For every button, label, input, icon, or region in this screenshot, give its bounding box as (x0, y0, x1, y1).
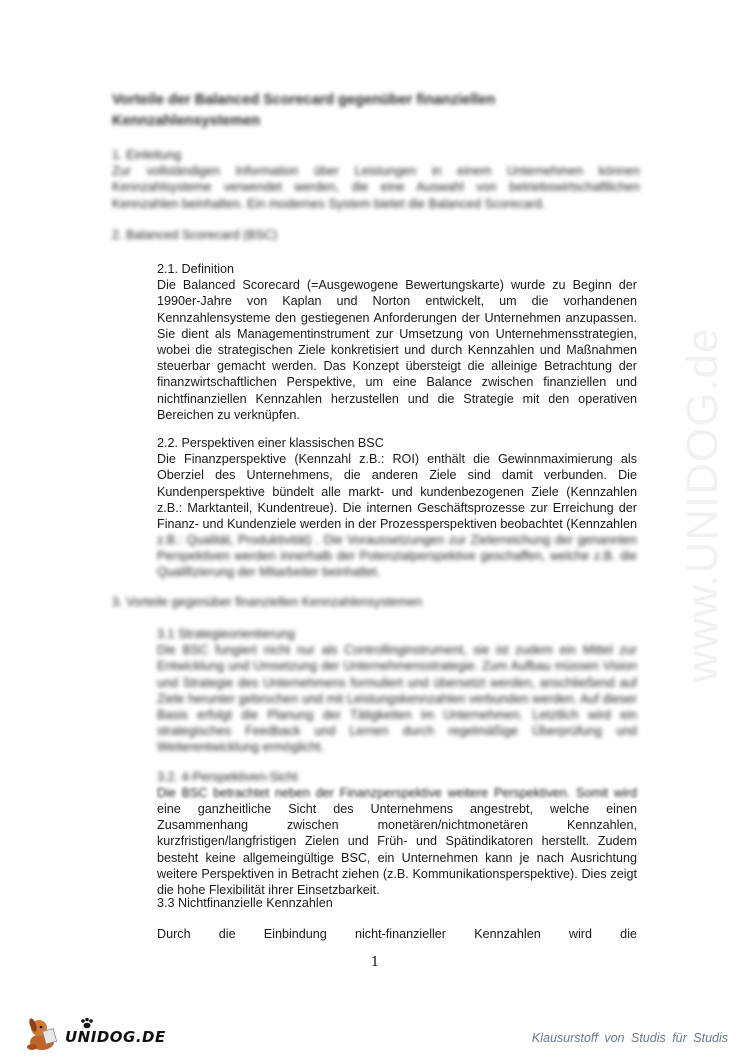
section3-heading: 3. Vorteile gegenüber finanziellen Kennz… (112, 594, 612, 610)
nonfinancial-heading: 3.3 Nichtfinanzielle Kennzahlen (157, 895, 637, 911)
strategy-body: Die BSC fungiert nicht nur als Controlli… (157, 642, 637, 755)
watermark: www.UNIDOG.de (678, 327, 728, 682)
intro-body: Zur vollständigen Information über Leist… (112, 163, 640, 212)
footer-slogan: Klausurstoff von Studis für Studis (532, 1031, 728, 1045)
definition-heading: 2.1. Definition (157, 261, 637, 277)
strategy-heading: 3.1 Strategieorientierung (157, 626, 637, 642)
dog-mascot-icon (24, 1016, 64, 1052)
nonfinancial-body: Durch die Einbindung nicht-finanzieller … (157, 926, 637, 942)
section2-heading: 2. Balanced Scorecard (BSC) (112, 227, 512, 243)
perspectives-body: Die Finanzperspektive (Kennzahl z.B.: RO… (157, 451, 637, 532)
view-heading: 3.2. 4-Perspektiven-Sicht (157, 769, 637, 785)
view-heading-block: 3.2. 4-Perspektiven-Sicht Die BSC betrac… (157, 769, 637, 801)
view-body: eine ganzheitliche Sicht des Unternehmen… (157, 801, 637, 898)
section-definition: 2.1. Definition Die Balanced Scorecard (… (157, 261, 637, 423)
perspectives-heading: 2.2. Perspektiven einer klassischen BSC (157, 435, 637, 451)
section-perspectives: 2.2. Perspektiven einer klassischen BSC … (157, 435, 637, 532)
definition-body: Die Balanced Scorecard (=Ausgewogene Bew… (157, 277, 637, 423)
logo-text: UNIDOG.DE (65, 1028, 166, 1046)
intro-heading: 1. Einleitung (112, 147, 640, 163)
view-first-line: Die BSC betrachtet neben der Finanzpersp… (157, 785, 637, 801)
unidog-logo[interactable]: UNIDOG.DE (20, 1014, 155, 1052)
document-title: Vorteile der Balanced Scorecard gegenübe… (112, 90, 572, 132)
page-number: 1 (0, 955, 750, 970)
section-introduction: 1. Einleitung Zur vollständigen Informat… (112, 147, 640, 212)
document-page: www.UNIDOG.de Vorteile der Balanced Scor… (0, 0, 750, 1060)
perspectives-body-blurred: z.B.: Qualität, Produktivität) . Die Vor… (157, 532, 637, 581)
section-strategy: 3.1 Strategieorientierung Die BSC fungie… (157, 626, 637, 756)
